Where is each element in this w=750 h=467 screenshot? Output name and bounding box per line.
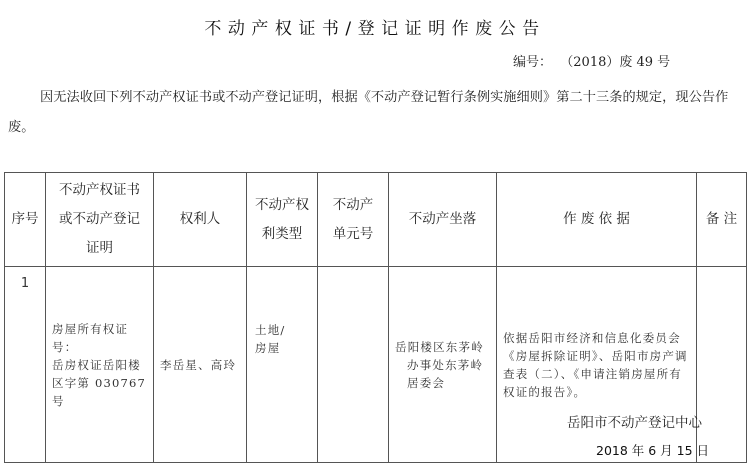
document-number-label: 编号： xyxy=(513,55,552,70)
table-row: 1 房屋所有权证号： 岳房权证岳阳楼 区字第 030767 号 李岳星、高玲 土… xyxy=(5,267,747,463)
cell-holder: 李岳星、高玲 xyxy=(154,267,247,463)
cell-unit-number xyxy=(318,267,389,463)
issue-date: 2018 年 6 月 15 日 xyxy=(596,441,709,459)
cell-remarks xyxy=(697,267,747,463)
cell-certificate: 房屋所有权证号： 岳房权证岳阳楼 区字第 030767 号 xyxy=(46,267,154,463)
header-remarks: 备 注 xyxy=(697,173,747,267)
table-header-row: 序号 不动产权证书 或不动产登记 证明 权利人 不动产权 利类型 不动产 单元号… xyxy=(5,173,747,267)
document-number-value: （2018）废 49 号 xyxy=(560,55,670,70)
notice-title: 不动产权证书/登记证明作废公告 xyxy=(0,14,750,39)
header-unit-number: 不动产 单元号 xyxy=(318,173,389,267)
header-right-type: 不动产权 利类型 xyxy=(247,173,318,267)
header-certificate: 不动产权证书 或不动产登记 证明 xyxy=(46,173,154,267)
cell-location: 岳阳楼区东茅岭 办事处东茅岭 居委会 xyxy=(389,267,497,463)
header-location: 不动产坐落 xyxy=(389,173,497,267)
document-number: 编号： （2018）废 49 号 xyxy=(513,51,670,70)
header-holder: 权利人 xyxy=(154,173,247,267)
cell-right-type: 土地/ 房屋 xyxy=(247,267,318,463)
cell-seq: 1 xyxy=(5,267,46,463)
notice-paragraph: 因无法收回下列不动产权证书或不动产登记证明，根据《不动产登记暂行条例实施细则》第… xyxy=(8,83,743,143)
header-void-basis: 作 废 依 据 xyxy=(497,173,697,267)
header-seq: 序号 xyxy=(5,173,46,267)
cell-void-basis: 依据岳阳市经济和信息化委员会《房屋拆除证明》、岳阳市房产调查表（二）、《申请注销… xyxy=(497,267,697,463)
issuing-organization: 岳阳市不动产登记中心 xyxy=(567,411,702,431)
